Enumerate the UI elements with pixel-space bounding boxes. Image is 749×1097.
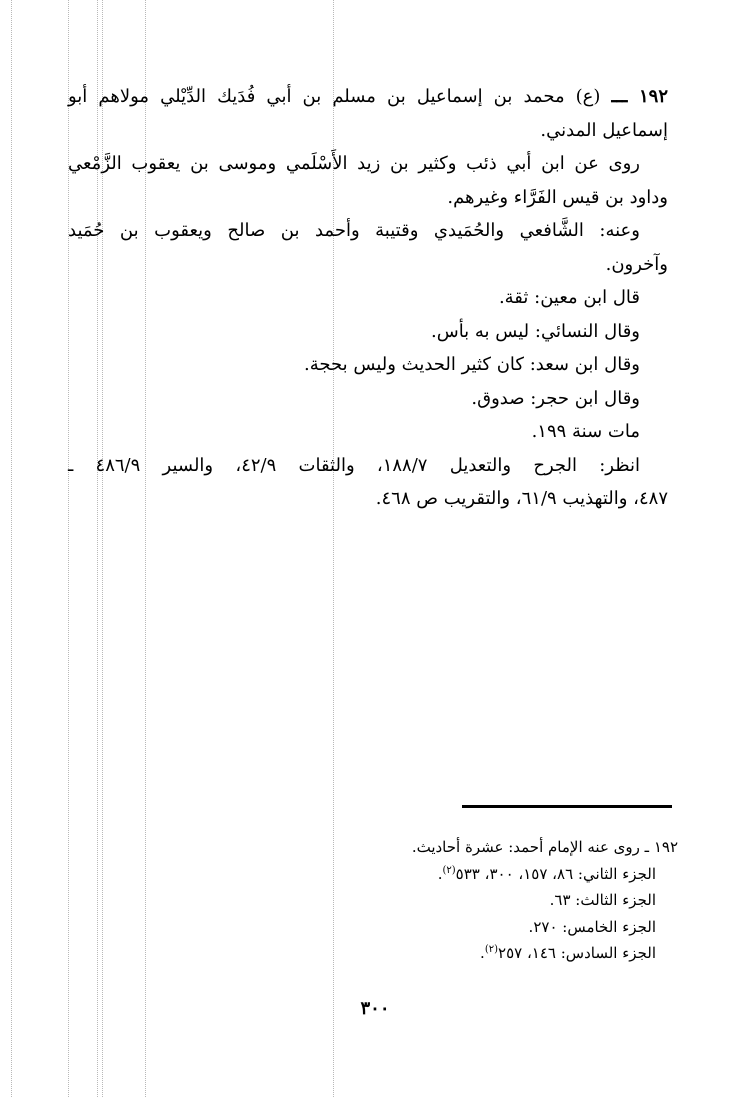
opinion-ibn-maeen: قال ابن معين: ثقة. <box>68 281 668 315</box>
narrated-from-line-2: وداود بن قيس الفَرَّاء وغيرهم. <box>68 181 668 215</box>
references-line-2: ٤٨٧، والتهذيب ٦١/٩، والتقريب ص ٤٦٨. <box>68 482 668 516</box>
main-text: ١٩٢ ـــ (ع) محمد بن إسماعيل بن مسلم بن أ… <box>68 80 668 516</box>
footnote-marker: (٢) <box>442 865 455 876</box>
narrated-from-line-1: روى عن ابن أبي ذئب وكثير بن زيد الأَسْلَ… <box>68 147 668 181</box>
footnote-volume-3: الجزء الثالث: ٦٣. <box>300 887 678 914</box>
footnote-volume-text: الجزء الخامس: ٢٧٠. <box>529 918 656 936</box>
opinion-ibn-saad: وقال ابن سعد: كان كثير الحديث وليس بحجة. <box>68 348 668 382</box>
footnotes: ١٩٢ ـ روى عنه الإمام أحمد: عشرة أحاديث. … <box>300 834 678 967</box>
entry-heading-line-2: إسماعيل المدني. <box>68 114 668 148</box>
footnote-separator <box>462 805 672 808</box>
footnote-volume-2: الجزء الثاني: ٨٦، ١٥٧، ٣٠٠، ٥٣٣(٢). <box>300 861 678 888</box>
entry-number: ١٩٢ ـــ <box>612 86 668 107</box>
entry-heading-text: (ع) محمد بن إسماعيل بن مسلم بن أبي فُدَي… <box>68 86 600 107</box>
footnote-volume-6: الجزء السادس: ١٤٦، ٢٥٧(٢). <box>300 940 678 967</box>
opinion-nasai: وقال النسائي: ليس به بأس. <box>68 315 668 349</box>
footnote-volume-5: الجزء الخامس: ٢٧٠. <box>300 914 678 941</box>
footnote-volume-text: الجزء السادس: ١٤٦، ٢٥٧ <box>498 944 656 962</box>
footnote-header: ١٩٢ ـ روى عنه الإمام أحمد: عشرة أحاديث. <box>300 834 678 861</box>
narrated-by-line-1: وعنه: الشَّافعي والحُمَيدي وقتيبة وأحمد … <box>68 214 668 248</box>
footnote-volume-text: الجزء الثالث: ٦٣. <box>550 891 656 909</box>
page-number: ٣٠٠ <box>340 998 410 1019</box>
entry-heading-line-1: ١٩٢ ـــ (ع) محمد بن إسماعيل بن مسلم بن أ… <box>68 80 668 114</box>
references-line-1: انظر: الجرح والتعديل ١٨٨/٧، والثقات ٤٢/٩… <box>68 449 668 483</box>
narrated-by-line-2: وآخرون. <box>68 248 668 282</box>
footnote-volume-text: الجزء الثاني: ٨٦، ١٥٧، ٣٠٠، ٥٣٣ <box>456 865 656 883</box>
opinion-ibn-hajar: وقال ابن حجر: صدوق. <box>68 382 668 416</box>
death-year: مات سنة ١٩٩. <box>68 415 668 449</box>
footnote-marker: (٢) <box>485 944 498 955</box>
scan-guide-line <box>11 0 12 1097</box>
